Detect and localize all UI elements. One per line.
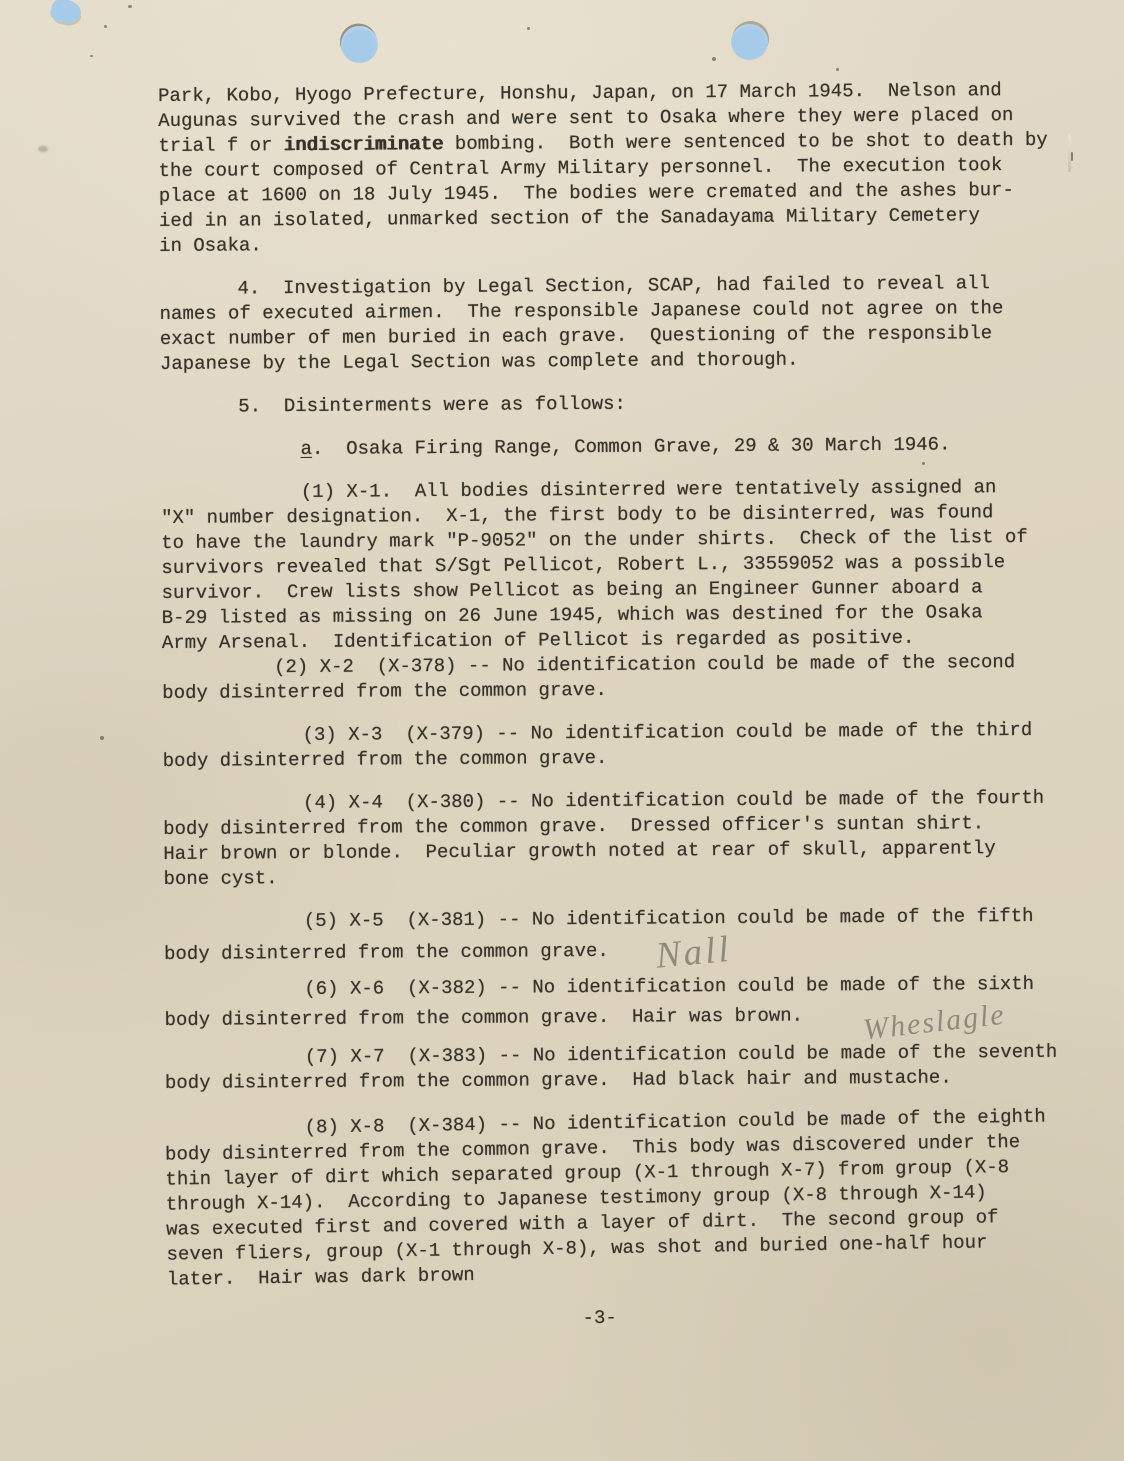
handwritten-annotation: Nall <box>655 937 733 969</box>
item-x1: (1) X-1. All bodies disinterred were ten… <box>161 475 1084 656</box>
item-x6: (6) X-6 (X-382) -- No identification cou… <box>164 972 1086 1028</box>
text-segment: . Osaka Firing Range, Common Grave, 29 &… <box>312 433 951 459</box>
text-segment: body disinterred from the common grave. … <box>164 1005 803 1031</box>
document-content: Park, Kobo, Hyogo Prefecture, Honshu, Ja… <box>158 78 1089 1334</box>
smudge-mark <box>38 146 48 152</box>
page-number: -3- <box>167 1303 1089 1334</box>
paragraph-4: 4. Investigation by Legal Section, SCAP,… <box>159 271 1082 377</box>
text-line: body disinterred from the common grave. … <box>164 997 1086 1028</box>
text-segment: body disinterred from the common grave. <box>164 940 609 965</box>
ink-speck <box>128 5 132 8</box>
underlined-marker: a <box>300 438 312 460</box>
text-line: Japanese by the Legal Section was comple… <box>160 346 1082 377</box>
paragraph-continuation: Park, Kobo, Hyogo Prefecture, Honshu, Ja… <box>158 78 1081 259</box>
paragraph-5: 5. Disinterments were as follows: <box>160 389 1082 420</box>
ink-speck <box>104 25 107 28</box>
item-x2: (2) X-2 (X-378) -- No identification cou… <box>162 650 1084 706</box>
punch-hole-right <box>731 24 768 60</box>
text-segment: trial f or <box>158 134 284 157</box>
ink-speck <box>90 55 93 57</box>
text-line: 5. Disinterments were as follows: <box>160 389 1082 420</box>
text-segment: bombing. Both were sentenced to be shot … <box>443 129 1047 155</box>
ink-speck <box>527 27 530 30</box>
ink-speck <box>836 68 839 71</box>
text-line: a. Osaka Firing Range, Common Grave, 29 … <box>160 432 1082 463</box>
item-x5: (5) X-5 (X-381) -- No identification cou… <box>164 904 1086 960</box>
punch-hole-left <box>341 26 378 63</box>
ink-speck <box>100 736 104 740</box>
document-scan: Park, Kobo, Hyogo Prefecture, Honshu, Ja… <box>0 0 1124 1461</box>
item-x3: (3) X-3 (X-379) -- No identification cou… <box>162 718 1084 774</box>
punch-hole-corner <box>49 0 84 26</box>
item-x7: (7) X-7 (X-383) -- No identification cou… <box>165 1040 1087 1096</box>
ink-speck <box>712 57 716 61</box>
item-x4: (4) X-4 (X-380) -- No identification cou… <box>163 786 1086 892</box>
overstruck-word: indiscriminate <box>284 133 444 156</box>
text-line: body disinterred from the common grave. <box>163 743 1085 774</box>
handwritten-annotation: Wheslagle <box>861 1002 1006 1043</box>
paragraph-a-heading: a. Osaka Firing Range, Common Grave, 29 … <box>160 432 1082 463</box>
text-line: body disinterred from the common grave.N… <box>164 929 1086 960</box>
text-line: body disinterred from the common grave. … <box>165 1065 1087 1096</box>
text-line: body disinterred from the common grave. <box>162 675 1084 706</box>
item-x8: (8) X-8 (X-384) -- No identification cou… <box>165 1104 1089 1293</box>
